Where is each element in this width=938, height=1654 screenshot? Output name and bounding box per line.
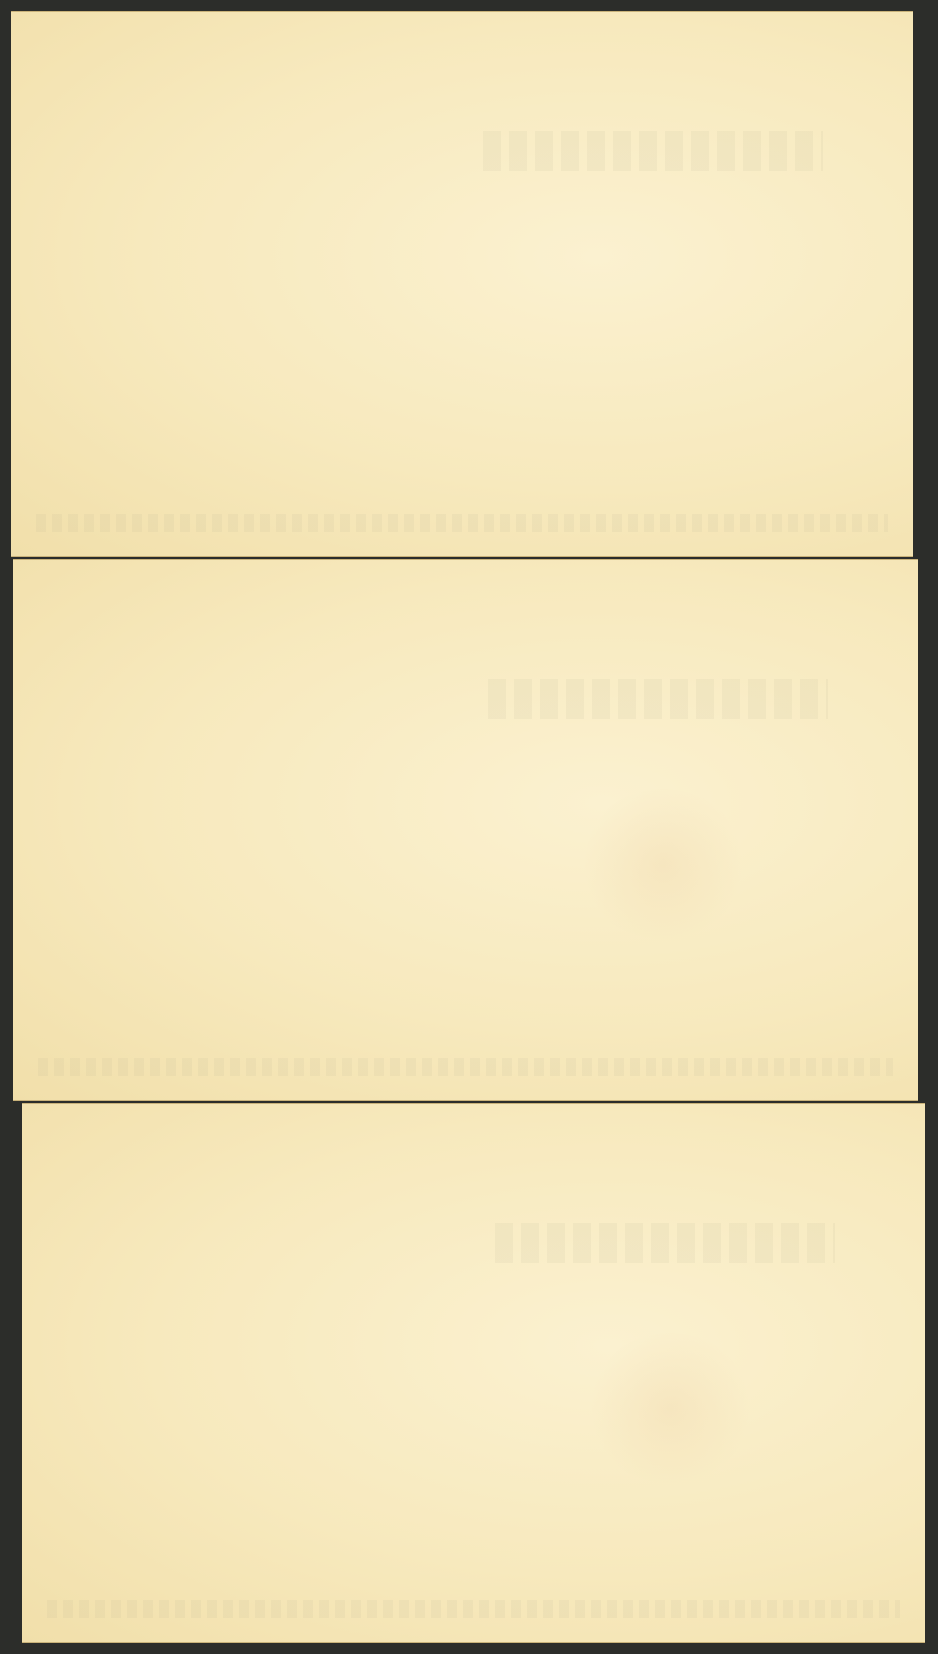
show-through-border xyxy=(36,514,888,532)
show-through-title xyxy=(483,131,823,171)
paper-note-1 xyxy=(11,11,913,557)
show-through-seal xyxy=(585,1333,755,1483)
paper-note-2 xyxy=(13,559,918,1101)
show-through-border xyxy=(38,1058,893,1076)
paper-note-3 xyxy=(22,1103,925,1643)
show-through-title xyxy=(495,1223,835,1263)
show-through-border xyxy=(47,1600,900,1618)
show-through-seal xyxy=(578,789,748,939)
show-through-title xyxy=(488,679,828,719)
